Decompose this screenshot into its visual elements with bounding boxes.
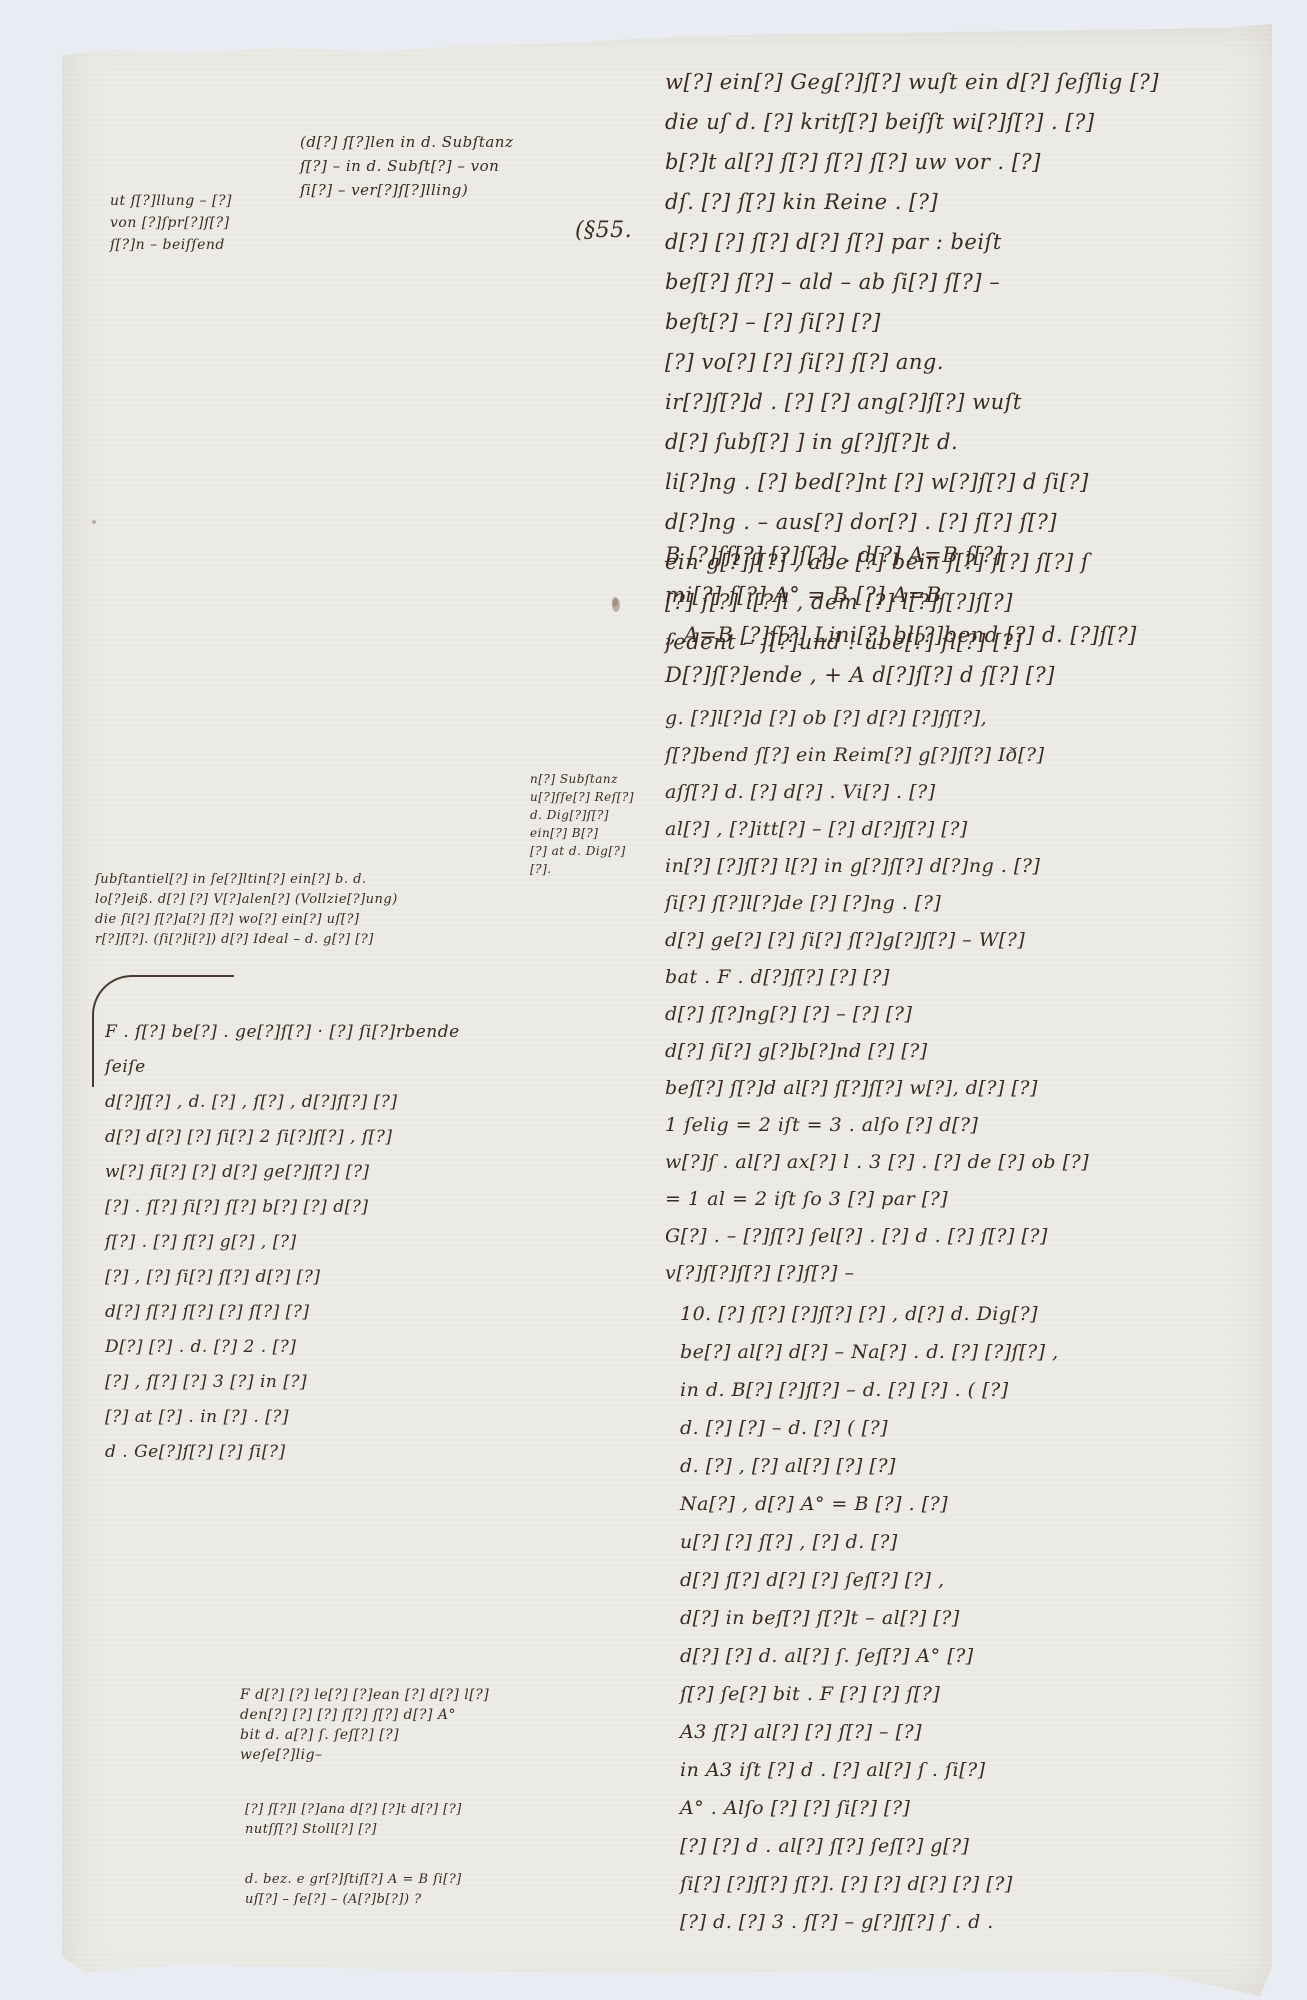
section-marker: (§55. [575,218,632,243]
left-column-text: F . ſ[?] be[?] . ge[?]ſ[?] · [?] ſi[?]rb… [105,980,665,1470]
margin-note-top-center: (d[?] ſ[?]len in d. Subſtanz ſ[?] – in d… [300,130,630,202]
margin-note-mid-right: n[?] Subſtanz u[?]ſſe[?] Reſ[?] d. Dig[?… [530,770,660,878]
margin-note-bottom-left-c: d. bez. e gr[?]ſtiſ[?] A = B ſi[?] uſ[?]… [245,1870,665,1910]
margin-note-bottom-left-b: [?] ſ[?]l [?]ana d[?] [?]t d[?] [?] nutſ… [245,1800,665,1840]
right-column-paragraph-3: g. [?]l[?]d [?] ob [?] d[?] [?]ſſ[?], ſ[… [665,700,1265,1292]
margin-note-bottom-left-a: F d[?] [?] le[?] [?]ean [?] d[?] l[?] de… [240,1685,660,1765]
ink-spot [92,520,96,524]
margin-note-mid-left: ſubſtantiel[?] in ſe[?]ltin[?] ein[?] b.… [95,870,655,950]
ink-spot [612,598,620,612]
margin-note-top-left: ut ſ[?]llung – [?] von [?]ſpr[?]ſ[?] ſ[?… [110,190,300,256]
right-column-paragraph-4: 10. [?] ſ[?] [?]ſ[?] [?] , d[?] d. Dig[?… [680,1295,1270,1941]
right-column-paragraph-2: B [?]ſſ[?] [?]ſ[?] . d[?] A=B ſ[?] mi[?]… [665,535,1265,695]
left-column-line: F . ſ[?] be[?] . ge[?]ſ[?] · [?] ſi[?]rb… [105,1022,460,1462]
